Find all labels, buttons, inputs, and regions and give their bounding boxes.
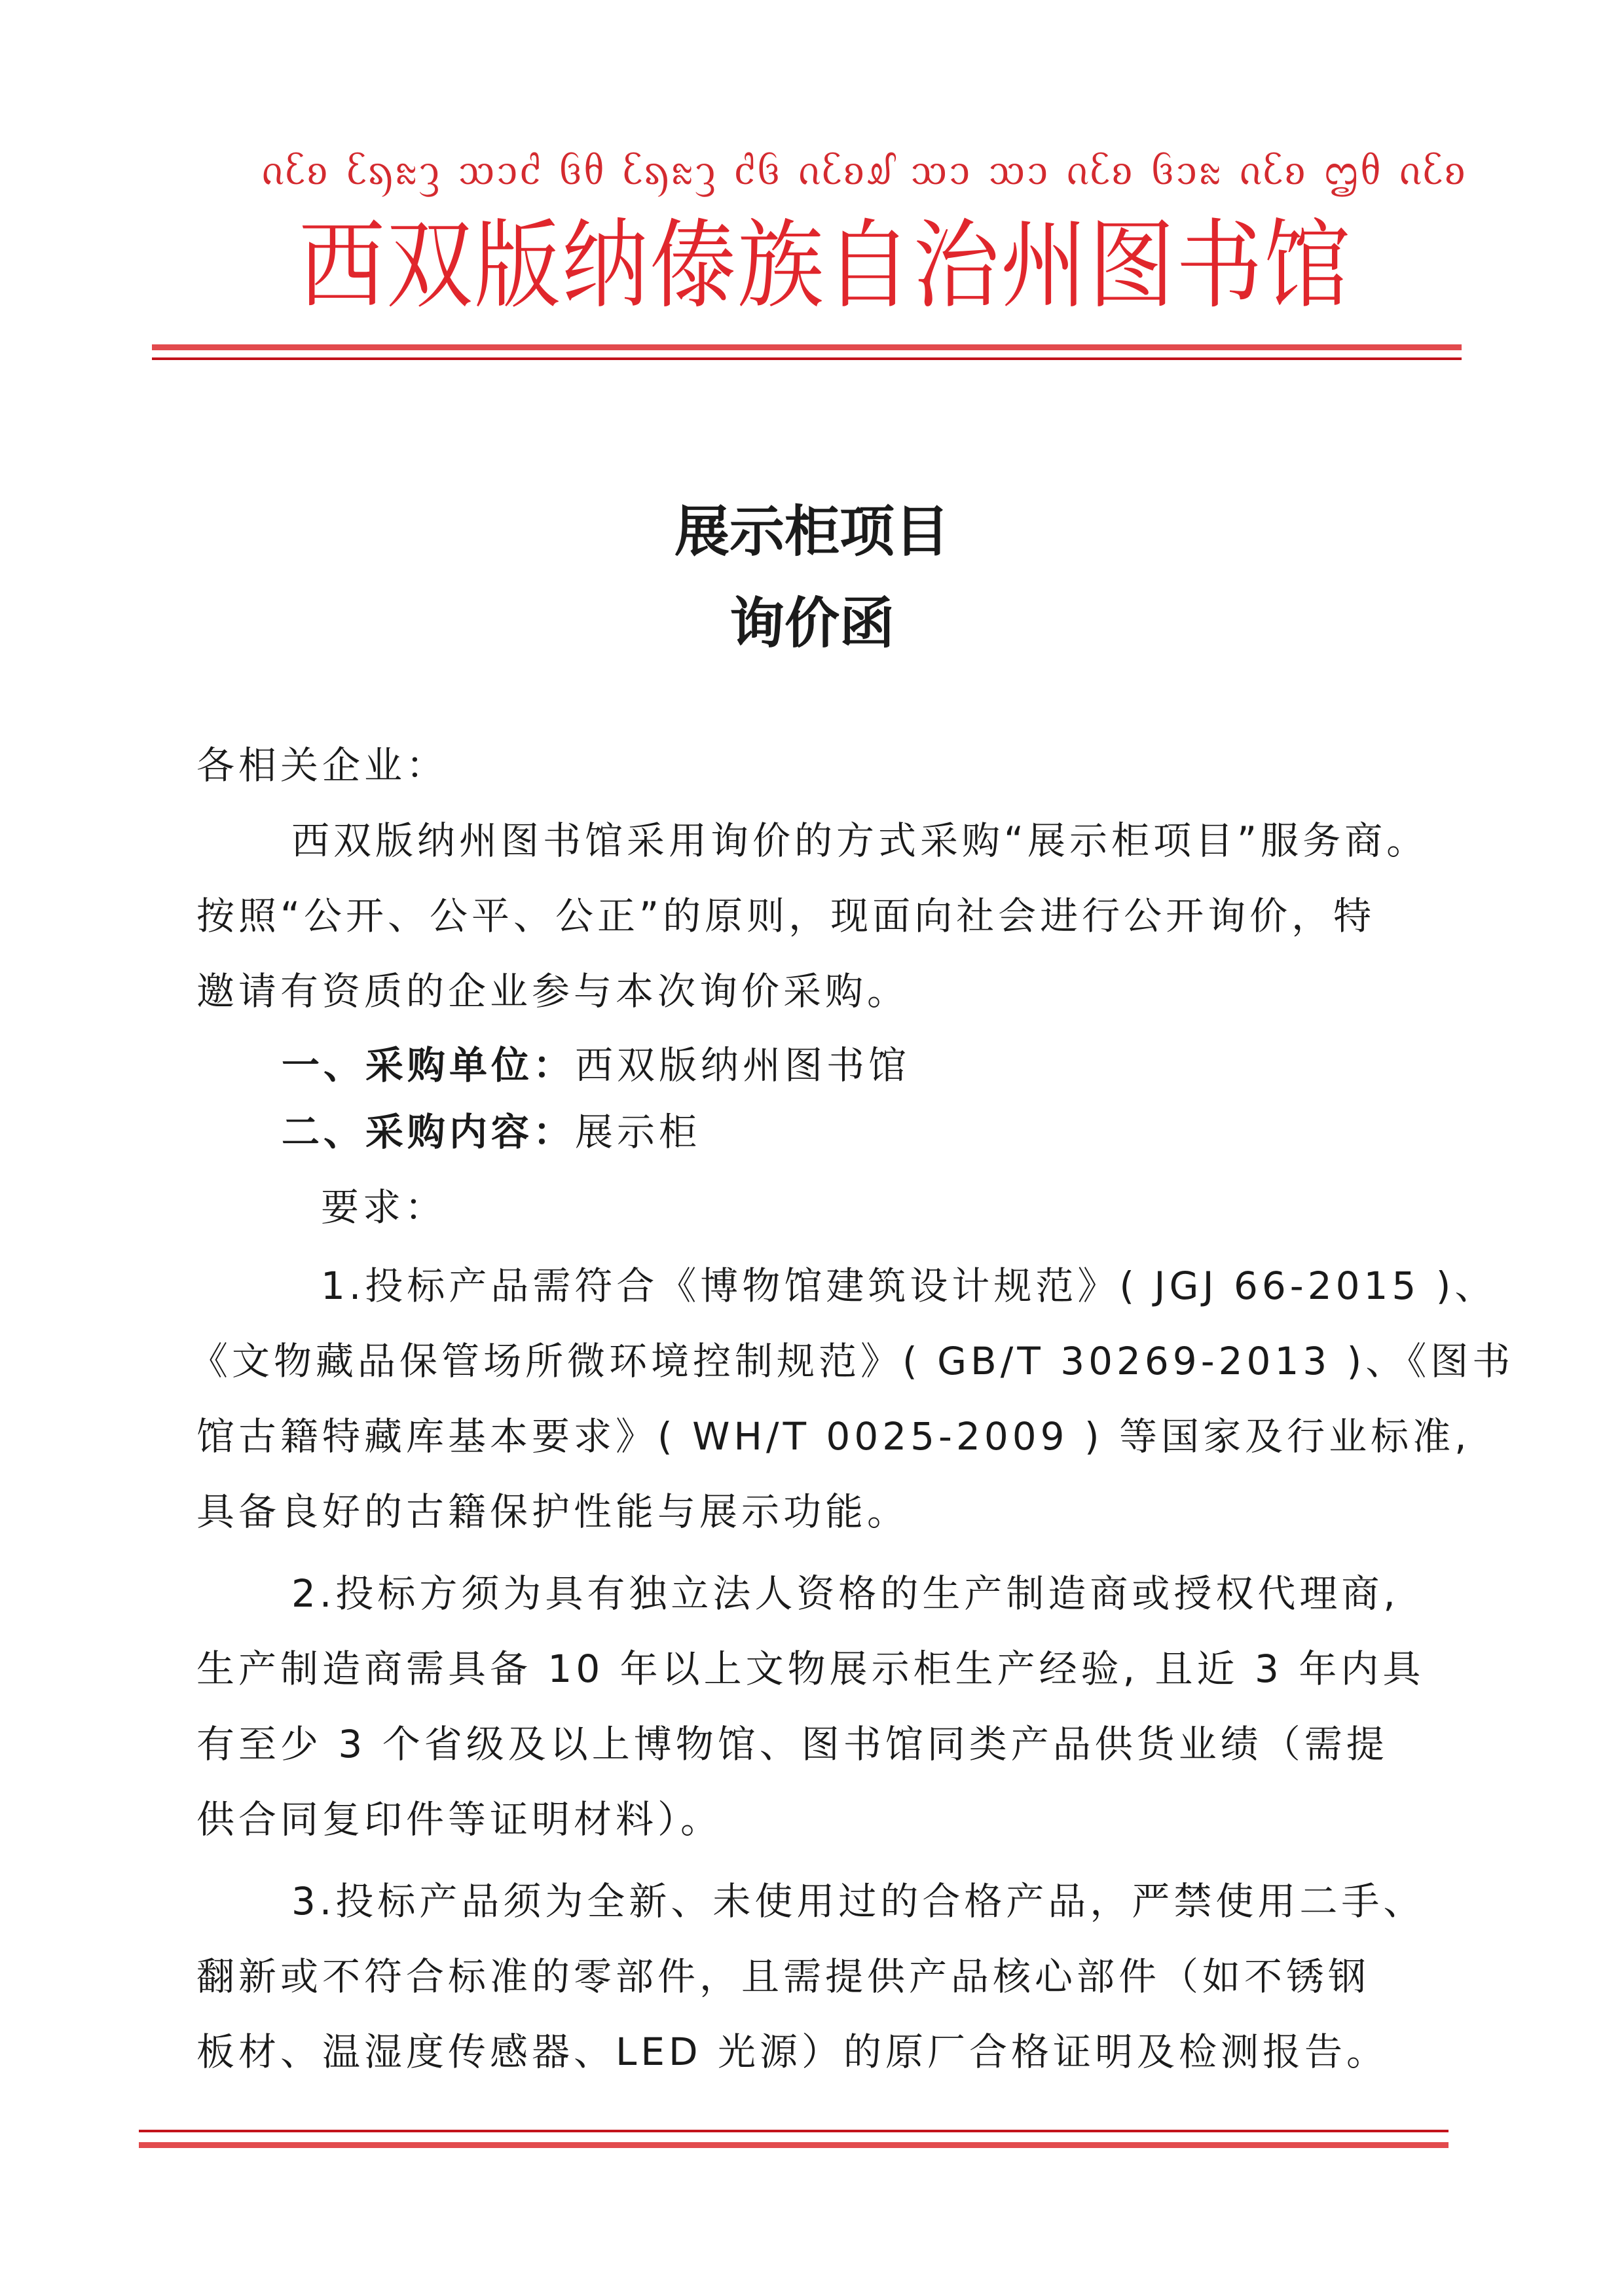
dai-script-org-name: ᦵᦷᦈ ᦷᦣᦰᦡ ᦉᦱᦺ ᦑᦲ ᦷᦣᦰᦡ ᦺᦑ ᦵᦷᦈᦾ ᦉᦱ ᦉᦱ ᦵᦷᦈ ᦑ… xyxy=(262,144,1375,198)
document-subtitle: 询价函 xyxy=(0,579,1624,659)
footer-rule-thick xyxy=(139,2142,1449,2148)
requirement-line: 有至少 3 个省级及以上博物馆、图书馆同类产品供货业绩（需提 xyxy=(196,1725,1441,1763)
intro-line: 按照“公开、公平、公正”的原则，现面向社会进行公开询价，特 xyxy=(196,897,1441,935)
intro-line: 邀请有资质的企业参与本次询价采购。 xyxy=(196,972,1441,1010)
requirement-line: 馆古籍特藏库基本要求》( WH/T 0025-2009 ) 等国家及行业标准, xyxy=(196,1417,1441,1455)
header-rule-thin xyxy=(152,357,1462,360)
requirement-line: 3.投标产品须为全新、未使用过的合格产品，严禁使用二手、 xyxy=(291,1882,1536,1920)
section-value: 展示柜 xyxy=(575,1110,701,1154)
requirement-line: 《文物藏品保管场所微环境控制规范》( GB/T 30269-2013 )、《图书 xyxy=(190,1342,1434,1380)
salutation: 各相关企业： xyxy=(196,746,1441,784)
requirement-line: 2.投标方须为具有独立法人资格的生产制造商或授权代理商, xyxy=(291,1575,1536,1613)
requirement-line: 具备良好的古籍保护性能与展示功能。 xyxy=(196,1493,1441,1531)
document-title: 展示柜项目 xyxy=(0,488,1624,567)
section-procuring-unit: 一、采购单位：西双版纳州图书馆 xyxy=(282,1046,1526,1084)
section-value: 西双版纳州图书馆 xyxy=(575,1043,910,1087)
section-label: 二、采购内容： xyxy=(282,1110,575,1154)
requirement-line: 板材、温湿度传感器、LED 光源）的原厂合格证明及检测报告。 xyxy=(196,2033,1441,2071)
intro-line: 西双版纳州图书馆采用询价的方式采购“展示柜项目”服务商。 xyxy=(291,822,1536,860)
requirement-line: 翻新或不符合标准的零部件，且需提供产品核心部件（如不锈钢 xyxy=(196,1958,1441,1995)
requirement-line: 1.投标产品需符合《博物馆建筑设计规范》( JGJ 66-2015 )、 xyxy=(321,1267,1565,1305)
requirement-line: 供合同复印件等证明材料）。 xyxy=(196,1800,1441,1838)
document-page: ᦵᦷᦈ ᦷᦣᦰᦡ ᦉᦱᦺ ᦑᦲ ᦷᦣᦰᦡ ᦺᦑ ᦵᦷᦈᦾ ᦉᦱ ᦉᦱ ᦵᦷᦈ ᦑ… xyxy=(0,0,1624,2296)
requirement-line: 生产制造商需具备 10 年以上文物展示柜生产经验, 且近 3 年内具 xyxy=(196,1650,1441,1688)
header-rule-thick xyxy=(152,344,1462,350)
footer-rule-thin xyxy=(139,2130,1449,2132)
requirements-label: 要求： xyxy=(321,1188,1565,1226)
section-procurement-content: 二、采购内容：展示柜 xyxy=(282,1113,1526,1151)
letterhead-org-name: 西双版纳傣族自治州图书馆 xyxy=(268,217,1382,314)
section-label: 一、采购单位： xyxy=(282,1043,575,1087)
